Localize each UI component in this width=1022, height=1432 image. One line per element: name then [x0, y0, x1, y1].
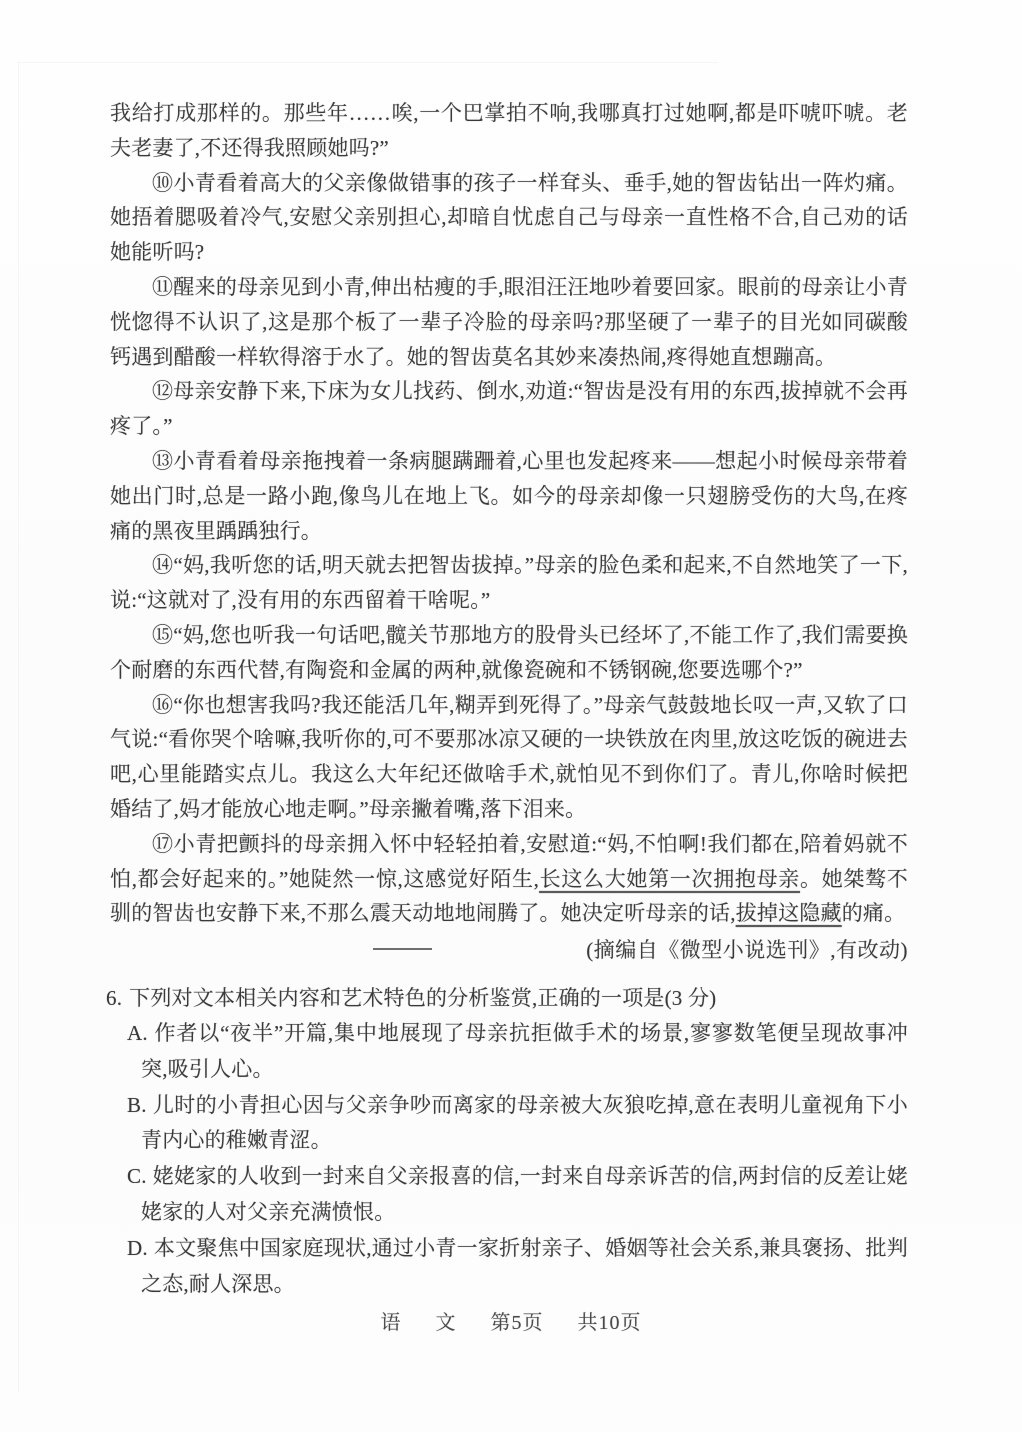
- attribution-row: (摘编自《微型小说选刊》,有改动): [110, 931, 908, 966]
- passage-paragraph-10: ⑩小青看着高大的父亲像做错事的孩子一样耷头、垂手,她的智齿钻出一阵灼痛。她捂着腮…: [110, 166, 908, 270]
- option-c: C.姥姥家的人收到一封来自父亲报喜的信,一封来自母亲诉苦的信,两封信的反差让姥姥…: [110, 1159, 908, 1231]
- option-a-label: A.: [127, 1021, 148, 1045]
- option-b-text: 儿时的小青担心因与父亲争吵而离家的母亲被大灰狼吃掉,意在表明儿童视角下小青内心的…: [141, 1093, 908, 1153]
- footer-subject-char-2: 文: [436, 1306, 457, 1335]
- option-d: D.本文聚焦中国家庭现状,通过小青一家折射亲子、婚姻等社会关系,兼具褒扬、批判之…: [110, 1231, 908, 1303]
- footer-page-total: 共10页: [578, 1306, 642, 1335]
- passage-paragraph-13: ⑬小青看着母亲拖拽着一条病腿蹒跚着,心里也发起疼来——想起小时候母亲带着她出门时…: [110, 444, 908, 548]
- passage-section: 我给打成那样的。那些年……唉,一个巴掌拍不响,我哪真打过她啊,都是吓唬吓唬。老夫…: [110, 96, 908, 1302]
- passage-paragraph-16: ⑯“你也想害我吗?我还能活几年,糊弄到死得了。”母亲气鼓鼓地长叹一声,又软了口气…: [110, 688, 908, 827]
- source-attribution: (摘编自《微型小说选刊》,有改动): [586, 934, 908, 964]
- scan-edge-horizontal: [18, 62, 718, 63]
- option-a: A.作者以“夜半”开篇,集中地展现了母亲抗拒做手术的场景,寥寥数笔便呈现故事冲突…: [110, 1016, 908, 1088]
- option-d-label: D.: [127, 1236, 148, 1260]
- question-6: 6.下列对文本相关内容和艺术特色的分析鉴赏,正确的一项是(3 分) A.作者以“…: [110, 980, 908, 1302]
- scan-edge-vertical: [18, 62, 19, 1392]
- exam-page: 我给打成那样的。那些年……唉,一个巴掌拍不响,我哪真打过她啊,都是吓唬吓唬。老夫…: [0, 0, 1022, 1432]
- paragraph-17-segment: 的痛。: [842, 901, 906, 925]
- divider-line: [373, 948, 432, 950]
- page-footer: 语 文 第5页 共10页: [0, 1306, 1022, 1335]
- option-c-text: 姥姥家的人收到一封来自父亲报喜的信,一封来自母亲诉苦的信,两封信的反差让姥姥家的…: [141, 1164, 908, 1224]
- passage-paragraph-17: ⑰小青把颤抖的母亲拥入怀中轻轻拍着,安慰道:“妈,不怕啊!我们都在,陪着妈就不怕…: [110, 827, 908, 931]
- option-b: B.儿时的小青担心因与父亲争吵而离家的母亲被大灰狼吃掉,意在表明儿童视角下小青内…: [110, 1088, 908, 1160]
- question-stem-text: 下列对文本相关内容和艺术特色的分析鉴赏,正确的一项是(3 分): [129, 986, 716, 1010]
- passage-paragraph-15: ⑮“妈,您也听我一句话吧,髋关节那地方的股骨头已经坏了,不能工作了,我们需要换个…: [110, 618, 908, 688]
- passage-paragraph-11: ⑪醒来的母亲见到小青,伸出枯瘦的手,眼泪汪汪地吵着要回家。眼前的母亲让小青恍惚得…: [110, 270, 908, 374]
- option-c-label: C.: [127, 1164, 147, 1188]
- underlined-phrase: 拔掉这隐藏: [736, 901, 842, 925]
- footer-page-number: 第5页: [491, 1306, 544, 1335]
- passage-paragraph-14: ⑭“妈,我听您的话,明天就去把智齿拔掉。”母亲的脸色柔和起来,不自然地笑了一下,…: [110, 548, 908, 618]
- footer-subject-char-1: 语: [381, 1306, 402, 1335]
- passage-paragraph-continuation: 我给打成那样的。那些年……唉,一个巴掌拍不响,我哪真打过她啊,都是吓唬吓唬。老夫…: [110, 96, 908, 166]
- question-stem: 6.下列对文本相关内容和艺术特色的分析鉴赏,正确的一项是(3 分): [106, 980, 908, 1016]
- passage-paragraph-12: ⑫母亲安静下来,下床为女儿找药、倒水,劝道:“智齿是没有用的东西,拔掉就不会再疼…: [110, 374, 908, 444]
- option-d-text: 本文聚焦中国家庭现状,通过小青一家折射亲子、婚姻等社会关系,兼具褒扬、批判之态,…: [141, 1236, 908, 1296]
- option-a-text: 作者以“夜半”开篇,集中地展现了母亲抗拒做手术的场景,寥寥数笔便呈现故事冲突,吸…: [141, 1021, 908, 1081]
- option-b-label: B.: [127, 1093, 147, 1117]
- question-number: 6.: [106, 986, 122, 1010]
- underlined-phrase: 长这么大她第一次拥抱母亲: [539, 867, 800, 891]
